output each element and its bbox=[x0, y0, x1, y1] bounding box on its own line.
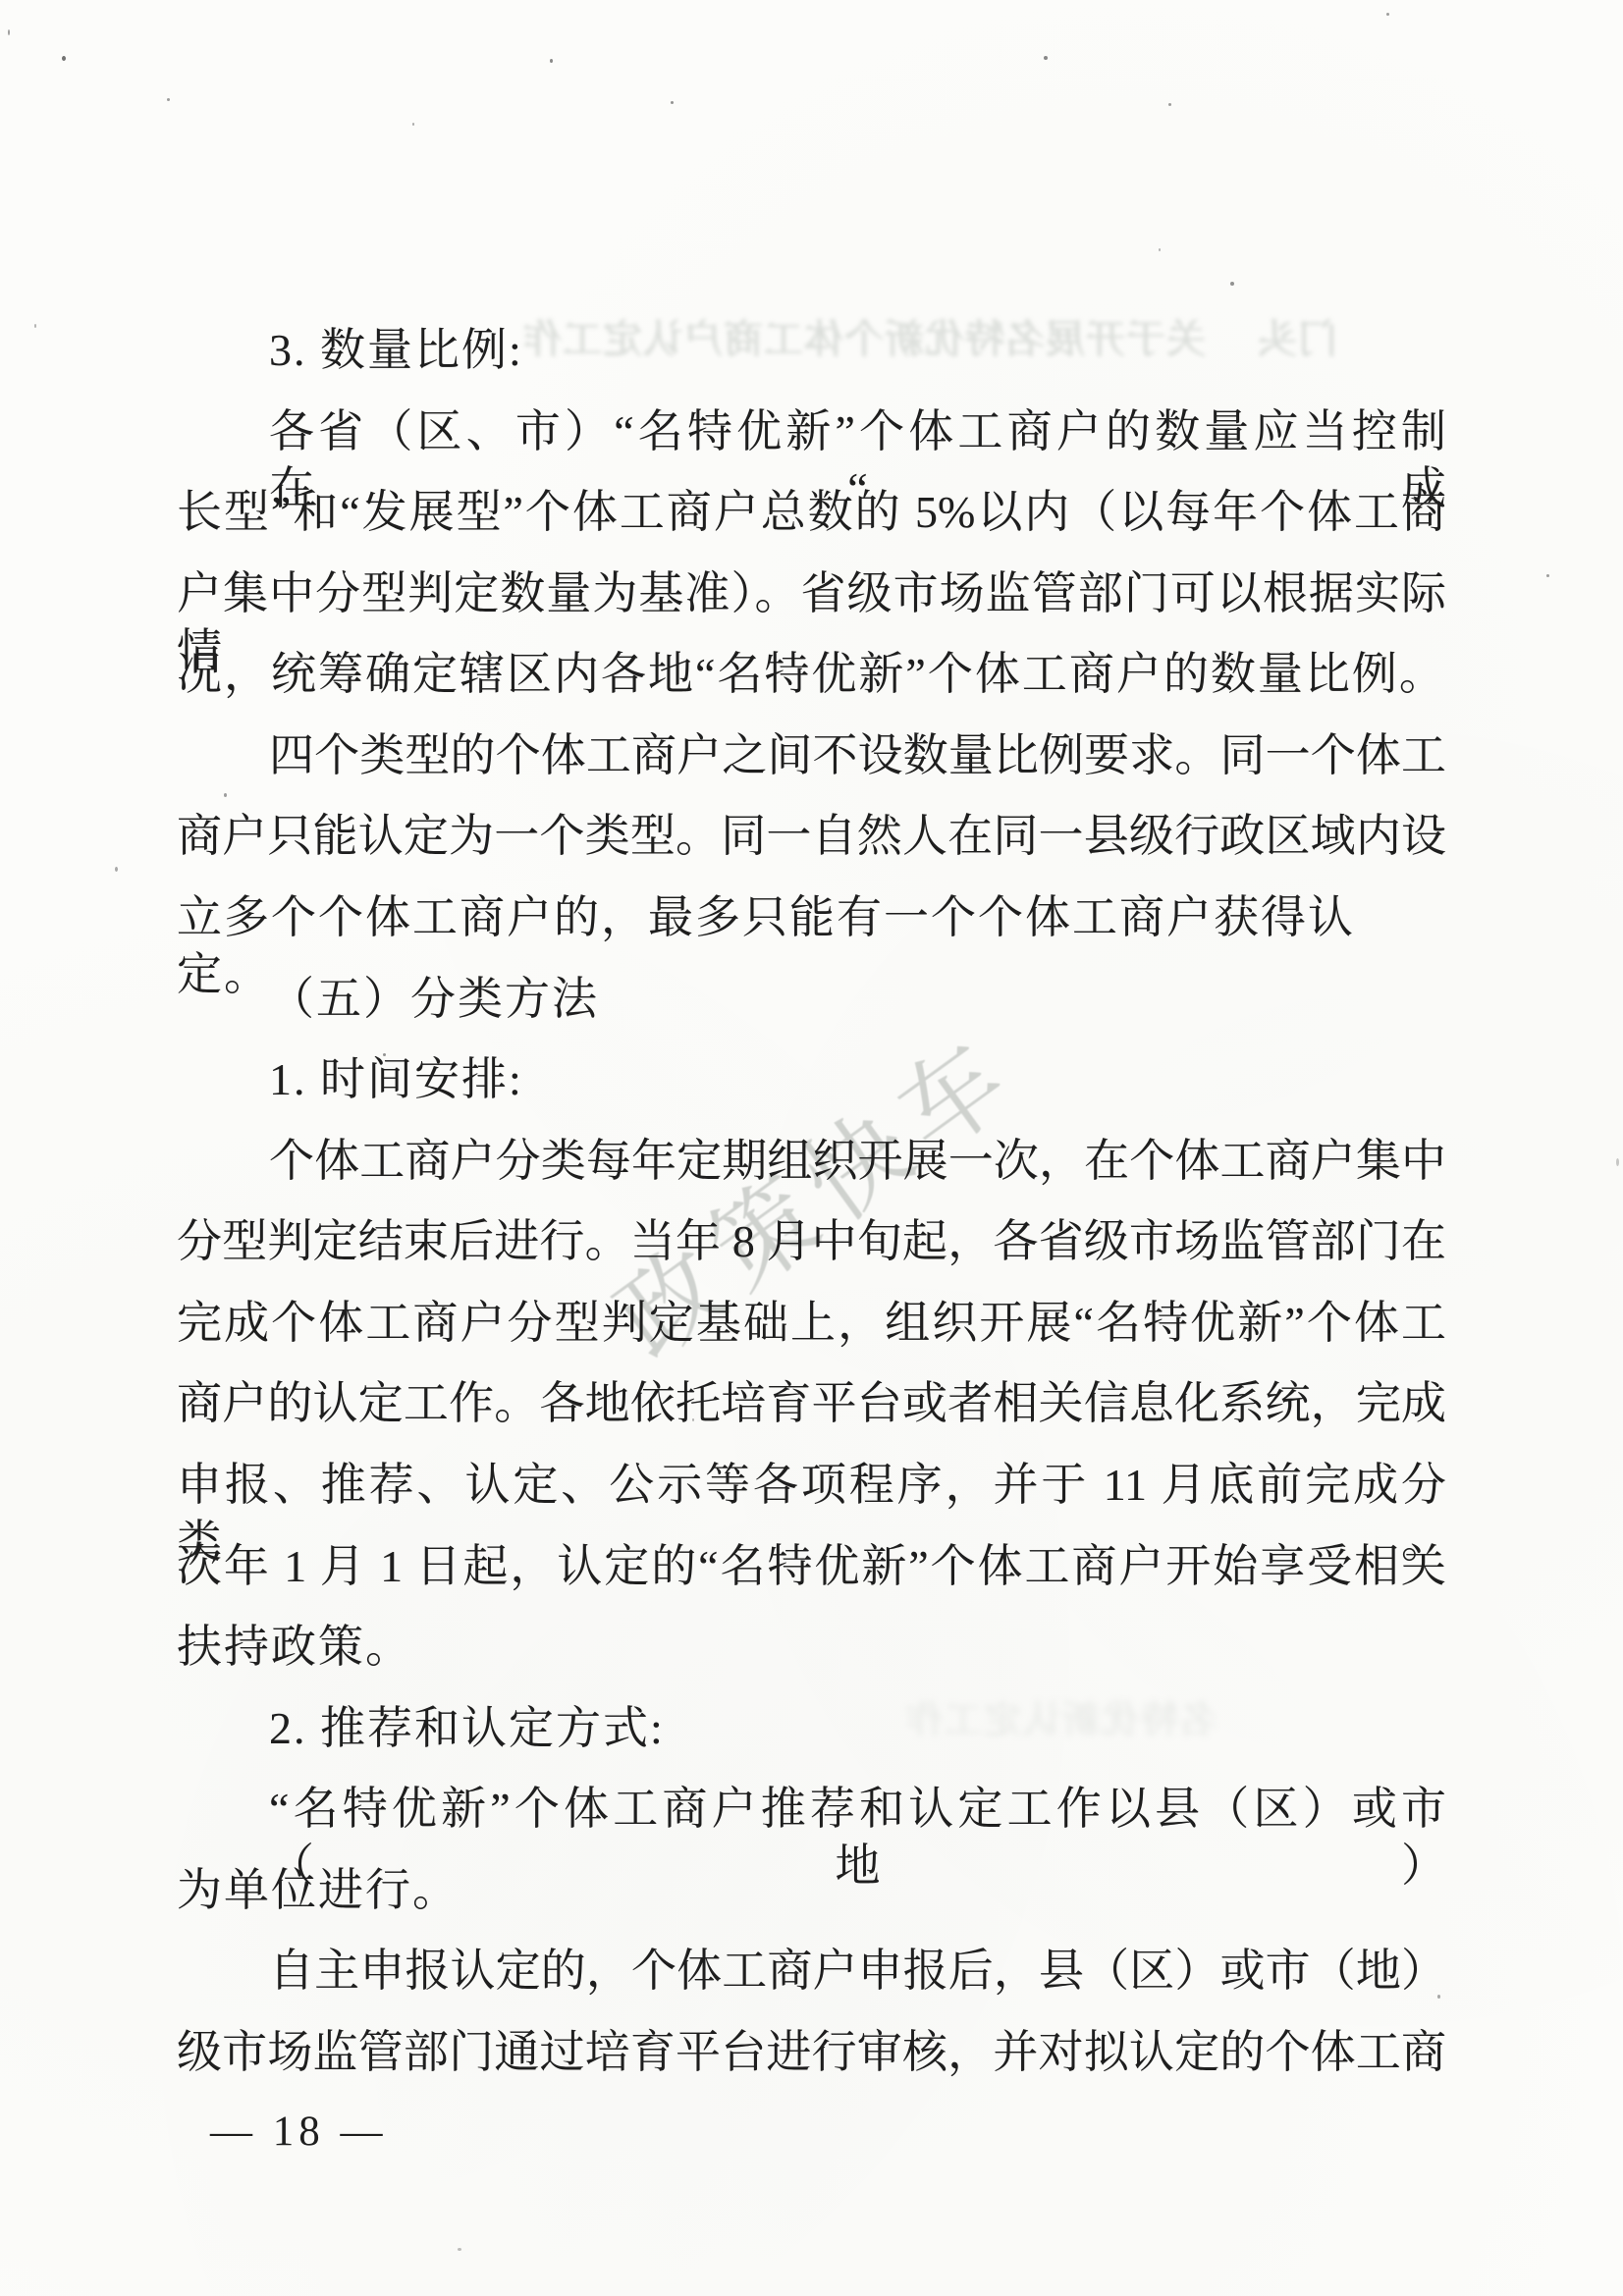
text-line-4: 户集中分型判定数量为基准）。省级市场监管部门可以根据实际情 bbox=[177, 565, 1446, 622]
text-line-17: 扶持政策。 bbox=[177, 1619, 1446, 1676]
scan-speckle bbox=[1044, 56, 1048, 60]
text-line-1: 3. 数量比例: bbox=[177, 322, 1446, 379]
text-line-20: 为单位进行。 bbox=[177, 1862, 1446, 1919]
scan-speckle bbox=[550, 59, 553, 63]
text-line-19: “名特优新”个体工商户推荐和认定工作以县（区）或市（地） bbox=[177, 1781, 1446, 1838]
text-line-7: 商户只能认定为一个类型。同一自然人在同一县级行政区域内设 bbox=[177, 808, 1446, 865]
scan-speckle bbox=[1168, 103, 1171, 106]
scan-speckle bbox=[115, 867, 118, 872]
scan-speckle bbox=[167, 98, 170, 101]
scan-speckle bbox=[1159, 248, 1161, 251]
scan-speckle bbox=[383, 1053, 386, 1056]
text-line-3: 长型”和“发展型”个体工商户总数的 5%以内（以每年个体工商 bbox=[177, 484, 1446, 541]
scan-speckle bbox=[34, 324, 36, 328]
document-page: 门头 关于开展名特优新个体工商户认定工作的要求 名特优新认定工作 政策快车 3.… bbox=[0, 0, 1623, 2296]
text-line-21: 自主申报认定的，个体工商户申报后，县（区）或市（地） bbox=[177, 1943, 1446, 2000]
text-line-5: 况，统筹确定辖区内各地“名特优新”个体工商户的数量比例。 bbox=[177, 646, 1446, 703]
text-line-16: 次年 1 月 1 日起，认定的“名特优新”个体工商户开始享受相关 bbox=[177, 1538, 1446, 1595]
scan-speckle bbox=[8, 29, 10, 35]
text-line-14: 商户的认定工作。各地依托培育平台或者相关信息化系统，完成 bbox=[177, 1375, 1446, 1432]
scan-speckle bbox=[1546, 574, 1549, 577]
text-line-6: 四个类型的个体工商户之间不设数量比例要求。同一个体工 bbox=[177, 727, 1446, 784]
text-line-11: 个体工商户分类每年定期组织开展一次，在个体工商户集中 bbox=[177, 1133, 1446, 1190]
text-line-8: 立多个个体工商户的，最多只能有一个个体工商户获得认定。 bbox=[177, 889, 1446, 946]
text-line-13: 完成个体工商户分型判定基础上，组织开展“名特优新”个体工 bbox=[177, 1295, 1446, 1352]
text-line-9: （五）分类方法 bbox=[177, 971, 1446, 1028]
scan-speckle bbox=[671, 101, 674, 104]
scan-speckle bbox=[1616, 1158, 1619, 1166]
text-line-12: 分型判定结束后进行。当年 8 月中旬起，各省级市场监管部门在 bbox=[177, 1213, 1446, 1270]
scan-speckle bbox=[692, 1418, 694, 1421]
scan-speckle bbox=[224, 793, 227, 797]
scan-speckle bbox=[1386, 13, 1389, 16]
page-number: — 18 — bbox=[210, 2107, 388, 2158]
text-line-22: 级市场监管部门通过培育平台进行审核，并对拟认定的个体工商 bbox=[177, 2024, 1446, 2081]
text-line-18: 2. 推荐和认定方式: bbox=[177, 1700, 1446, 1757]
scan-speckle bbox=[458, 2248, 461, 2251]
scan-speckle bbox=[1437, 1995, 1440, 1999]
scan-speckle bbox=[412, 123, 414, 126]
scan-speckle bbox=[1230, 282, 1234, 286]
text-line-2: 各省（区、市）“名特优新”个体工商户的数量应当控制在“成 bbox=[177, 403, 1446, 460]
scan-speckle bbox=[62, 56, 66, 61]
text-line-15: 申报、推荐、认定、公示等各项程序，并于 11 月底前完成分类。 bbox=[177, 1457, 1446, 1514]
text-line-10: 1. 时间安排: bbox=[177, 1051, 1446, 1108]
